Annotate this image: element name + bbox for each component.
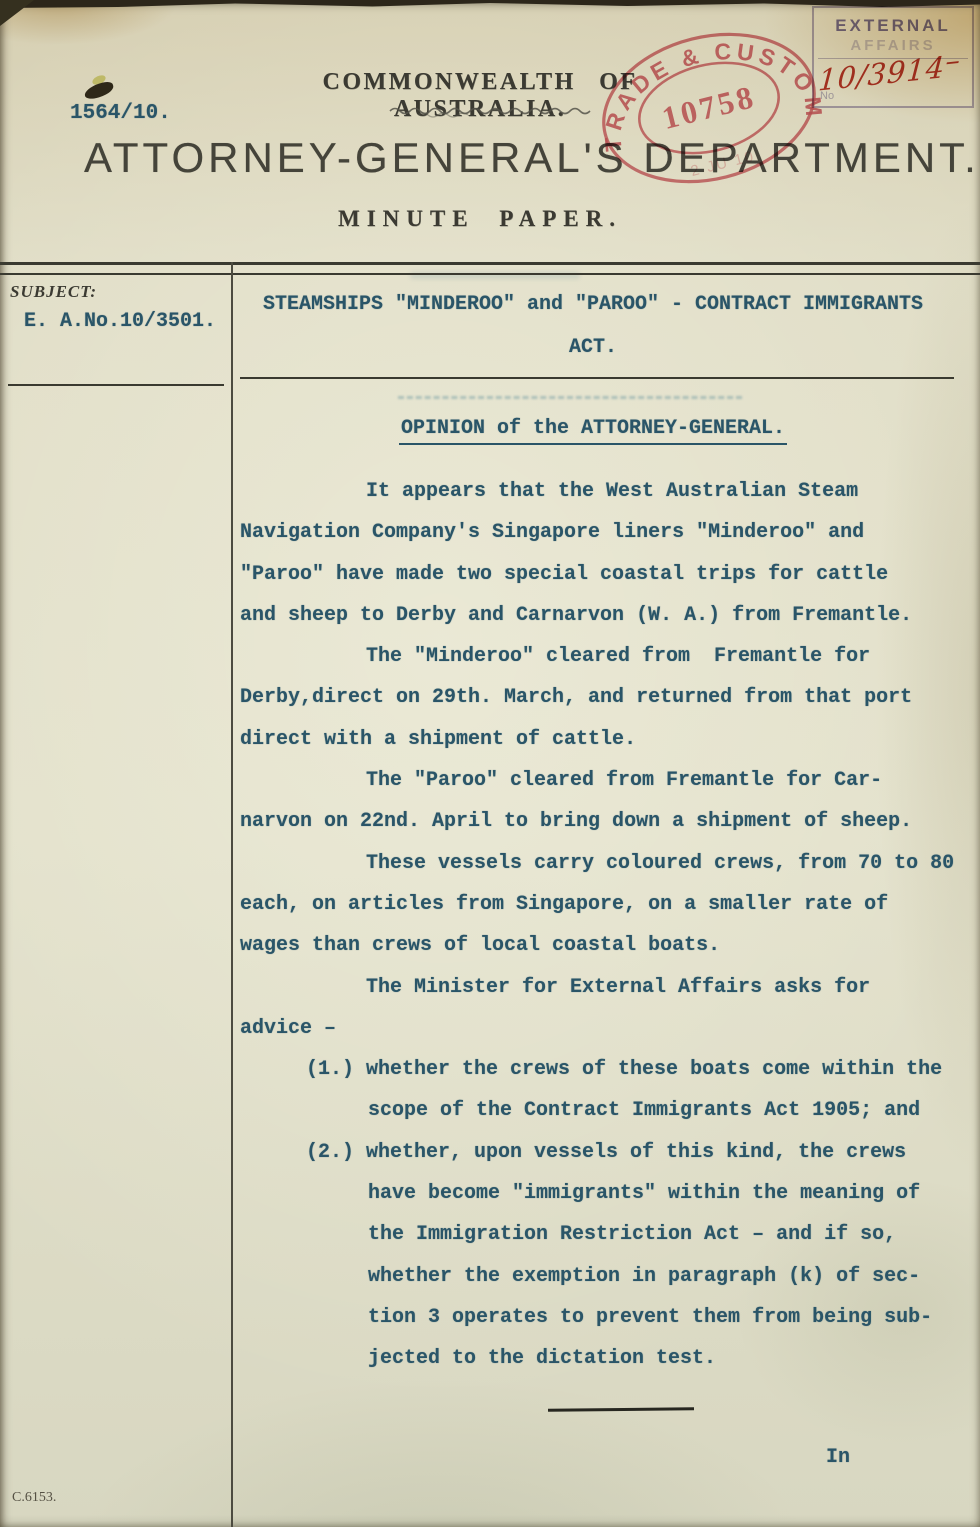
subject-label: SUBJECT: [10, 282, 97, 302]
trade-customs-stamp: TRADE & CUSTOMS 10758 2 JU 10 [574, 0, 844, 222]
opinion-line: whether the exemption in paragraph (k) o… [368, 1256, 952, 1297]
opinion-line: (2.) whether, upon vessels of this kind,… [306, 1132, 952, 1173]
vertical-rule [231, 262, 233, 1527]
opinion-line: direct with a shipment of cattle. [240, 719, 952, 760]
opinion-line: the Immigration Restriction Act – and if… [368, 1214, 952, 1255]
opinion-line: The "Paroo" cleared from Fremantle for C… [366, 760, 952, 801]
opinion-line: The "Minderoo" cleared from Fremantle fo… [366, 636, 952, 677]
printer-code: C.6153. [12, 1490, 56, 1506]
opinion-line: advice – [240, 1008, 952, 1049]
catchword: In [826, 1446, 850, 1469]
opinion-line: have become "immigrants" within the mean… [368, 1173, 952, 1214]
opinion-line: jected to the dictation test. [368, 1338, 952, 1379]
file-number: 1564/10. [70, 102, 171, 125]
opinion-line: scope of the Contract Immigrants Act 190… [368, 1090, 952, 1131]
subject-rule-right [240, 377, 954, 379]
opinion-line: wages than crews of local coastal boats. [240, 925, 952, 966]
stamp-number: 10758 [658, 78, 759, 136]
opinion-line: Derby,direct on 29th. March, and returne… [240, 677, 952, 718]
stamp-line1: EXTERNAL [820, 16, 966, 36]
opinion-line: and sheep to Derby and Carnarvon (W. A.)… [240, 595, 952, 636]
ink-blot [83, 80, 116, 102]
pen-flick: – [944, 42, 962, 78]
opinion-heading-wrap: OPINION of the ATTORNEY-GENERAL. [240, 417, 946, 445]
stamp-ring-text: TRADE & CUSTOMS [574, 0, 831, 177]
opinion-line: tion 3 operates to prevent them from bei… [368, 1297, 952, 1338]
opinion-body: It appears that the West Australian Stea… [240, 471, 952, 1380]
offset-ink-line [398, 396, 742, 399]
opinion-line: Navigation Company's Singapore liners "M… [240, 512, 952, 553]
opinion-line: (1.) whether the crews of these boats co… [306, 1049, 952, 1090]
subject-title-line2: ACT. [242, 336, 944, 359]
decorative-squiggle-rule [388, 104, 592, 118]
minute-paper-document: COMMONWEALTH OF AUSTRALIA. ATTORNEY-GENE… [0, 0, 980, 1527]
svg-text:TRADE & CUSTOMS: TRADE & CUSTOMS [574, 0, 831, 177]
opinion-line: "Paroo" have made two special coastal tr… [240, 554, 952, 595]
opinion-line: These vessels carry coloured crews, from… [366, 843, 952, 884]
opinion-line: narvon on 22nd. April to bring down a sh… [240, 801, 952, 842]
double-rule [0, 262, 980, 275]
opinion-line: It appears that the West Australian Stea… [366, 471, 952, 512]
subject-title-line1: STEAMSHIPS "MINDEROO" and "PAROO" - CONT… [242, 293, 944, 316]
corner-tear [0, 0, 34, 26]
subject-reference: E. A.No.10/3501. [24, 310, 216, 333]
subject-rule-left [8, 384, 224, 386]
end-divider-rule [548, 1407, 694, 1412]
opinion-line: The Minister for External Affairs asks f… [366, 967, 952, 1008]
opinion-heading: OPINION of the ATTORNEY-GENERAL. [399, 417, 787, 445]
opinion-line: each, on articles from Singapore, on a s… [240, 884, 952, 925]
